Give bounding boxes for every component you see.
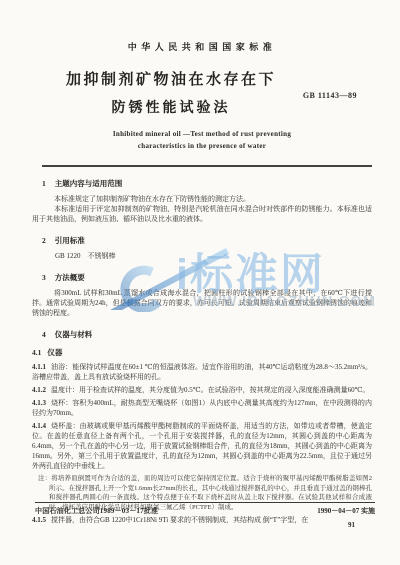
clause-4-1-3-number: 4.1.3 xyxy=(32,399,46,407)
clause-4-1-1-number: 4.1.1 xyxy=(32,363,46,371)
document-title-cn: 加抑制剂矿物油在水存在下 防锈性能试验法 xyxy=(32,68,310,117)
national-standard-label: 中华人民共和国国家标准 xyxy=(32,40,372,53)
clause-4-1-2-text: 温度计：用于检查试样的温度，其分度值为0.5℃。在试验浴中，按其规定的浸入深度能… xyxy=(51,386,369,394)
clause-4-1-2-number: 4.1.2 xyxy=(32,386,46,394)
document-content: 中华人民共和国国家标准 加抑制剂矿物油在水存在下 防锈性能试验法 GB 1114… xyxy=(0,0,400,525)
standard-number: GB 11143—89 xyxy=(303,91,357,100)
section-1-title: 主题内容与适用范围 xyxy=(55,179,123,188)
document-title-en-line1: Inhibited mineral oil —Test method of ru… xyxy=(32,128,372,140)
page-number: 91 xyxy=(348,521,355,529)
approval-text: 中国石油化工总公司1989－03－17批准 xyxy=(35,506,158,516)
section-2-heading: 2引用标准 xyxy=(42,235,372,246)
section-1-heading: 1主题内容与适用范围 xyxy=(42,178,372,189)
section-2-number: 2 xyxy=(42,236,46,245)
clause-4-1-3-text: 烧杯：容积为400mL，耐热高型无嘴烧杯（如图1）从内底中心测量其高度约为127… xyxy=(32,399,372,417)
section-3-heading: 3方法概要 xyxy=(42,272,372,283)
clause-4-1-1-text: 油浴：能保持试样温度在60±1 ℃的恒温液体浴。适宜作浴用的油，其40℃运动粘度… xyxy=(32,363,372,381)
clause-4-1-3: 4.1.3烧杯：容积为400mL，耐热高型无嘴烧杯（如图1）从内底中心测量其高度… xyxy=(32,398,372,418)
clause-4-1-2: 4.1.2温度计：用于检查试样的温度，其分度值为0.5℃。在试验浴中，按其规定的… xyxy=(32,385,372,395)
document-page: 中华人民共和国国家标准 加抑制剂矿物油在水存在下 防锈性能试验法 GB 1114… xyxy=(0,0,400,565)
implementation-text: 1990－04－07 实施 xyxy=(317,506,375,516)
clause-4-1-1: 4.1.1油浴：能保持试样温度在60±1 ℃的恒温液体浴。适宜作浴用的油，其40… xyxy=(32,362,372,382)
title-block: 加抑制剂矿物油在水存在下 防锈性能试验法 GB 11143—89 xyxy=(32,68,372,117)
document-title-en: Inhibited mineral oil —Test method of ru… xyxy=(32,128,372,152)
section-1-paragraph-2: 本标准适用于评定加抑制剂的矿物油，特别是汽轮机油在同水混合时对铁部件的防锈能力。… xyxy=(32,204,372,224)
subsection-4-1-heading: 4.1仪器 xyxy=(32,347,372,358)
section-3-title: 方法概要 xyxy=(55,273,85,282)
clause-4-1-4: 4.1.4烧杯盖：由玻璃或聚甲基丙烯酸甲酯树脂制成的平面烧杯盖，用适当的方法，如… xyxy=(32,421,372,471)
clause-4-1-5-number: 4.1.5 xyxy=(32,516,46,524)
section-4-heading: 4仪器与材料 xyxy=(42,329,372,340)
subsection-4-1-title: 仪器 xyxy=(47,348,62,357)
clause-4-1-5: 4.1.5搅拌器，由符合GB 1220中1Cr18Ni 9Ti 要求的不锈钢制成… xyxy=(32,515,372,525)
reference-item: GB 1220 不锈钢棒 xyxy=(55,251,372,261)
document-title-line1: 加抑制剂矿物油在水存在下 xyxy=(32,68,310,89)
section-3-number: 3 xyxy=(42,273,46,282)
footer-divider-rule xyxy=(35,502,375,503)
clause-4-1-4-text: 烧杯盖：由玻璃或聚甲基丙烯酸甲酯树脂制成的平面烧杯盖，用适当的方法，如带边或者带… xyxy=(32,422,372,470)
clause-4-1-5-text: 搅拌器，由符合GB 1220中1Cr18Ni 9Ti 要求的不锈钢制成，其结构成… xyxy=(51,516,308,524)
subsection-4-1-number: 4.1 xyxy=(32,348,41,357)
section-4-number: 4 xyxy=(42,330,46,339)
section-3-paragraph-1: 将300mL 试样和30mL 蒸馏水或合成海水混合，把圆柱形的试验钢棒全部浸在其… xyxy=(32,288,372,318)
clause-4-1-4-number: 4.1.4 xyxy=(32,422,46,430)
section-4-title: 仪器与材料 xyxy=(55,330,93,339)
footer: 中国石油化工总公司1989－03－17批准 1990－04－07 实施 xyxy=(35,506,375,516)
document-title-en-line2: characteristics in the presence of water xyxy=(32,140,372,152)
header-divider-rule xyxy=(42,165,372,167)
section-2-title: 引用标准 xyxy=(55,236,85,245)
section-1-number: 1 xyxy=(42,179,46,188)
document-title-line2: 防锈性能试验法 xyxy=(32,97,310,117)
section-1-paragraph-1: 本标准规定了加抑制剂矿物油在水存在下防锈性能的测定方法。 xyxy=(32,194,372,204)
